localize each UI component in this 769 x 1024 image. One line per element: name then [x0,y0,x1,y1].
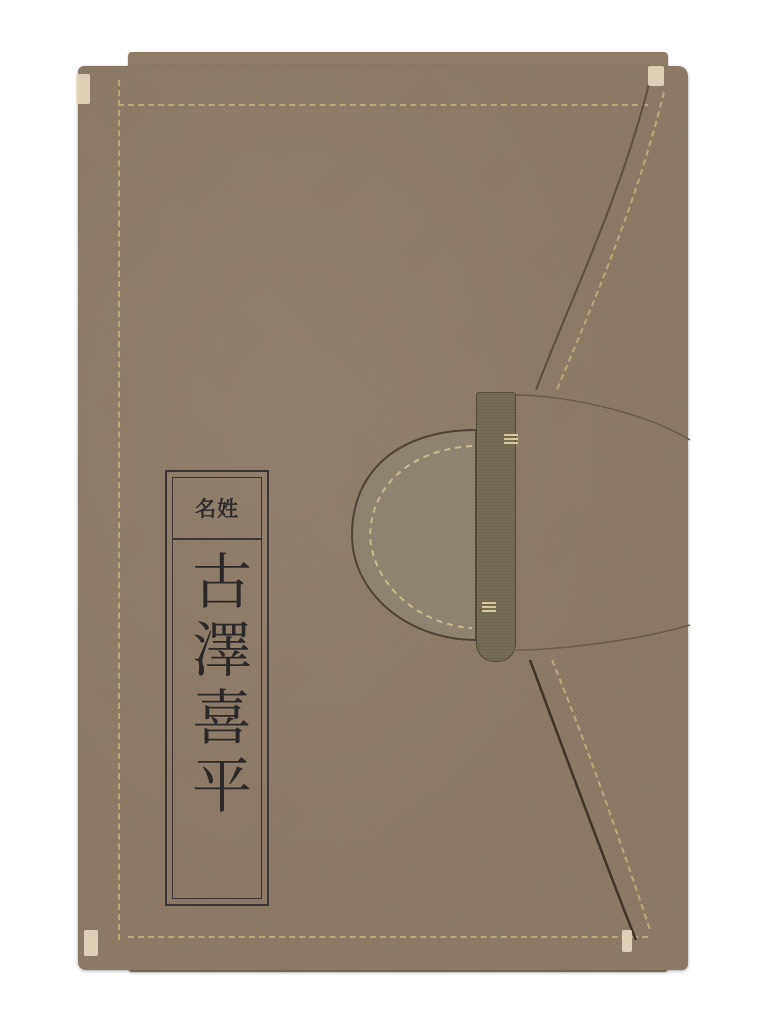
frayed-corner [648,66,664,86]
photo-scene: 名姓 古澤喜平 [0,0,769,1024]
frayed-corner [84,930,98,956]
name-label-box: 名姓 古澤喜平 [165,470,269,906]
strap-tack-stitch [504,432,518,444]
frayed-corner [76,74,90,104]
strap-tack-stitch [482,600,496,612]
name-label-inner-border: 名姓 古澤喜平 [172,477,262,899]
flap-outline [0,0,769,1024]
frayed-corner [622,930,632,952]
closure-strap[interactable] [476,392,516,662]
name-label-value: 古澤喜平 [173,550,261,888]
name-label-header: 名姓 [173,478,261,540]
